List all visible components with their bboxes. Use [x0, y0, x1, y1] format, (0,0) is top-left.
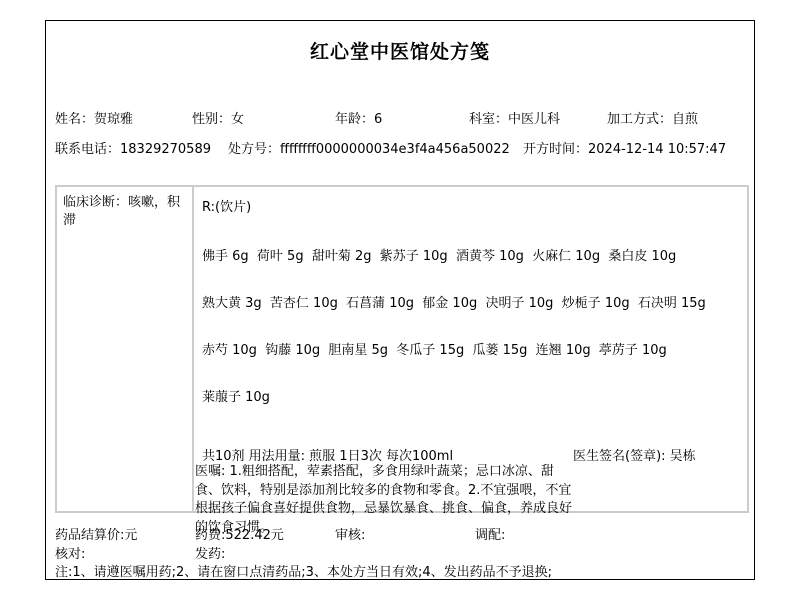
patient-age-value: 6: [374, 112, 382, 127]
fee-field: 药费:522.42元: [195, 524, 284, 543]
review-field: 审核:: [335, 524, 365, 543]
doctor-advice-line: 食、饮料，特别是添加剂比较多的食物和零食。2.不宜强喂，不宜: [195, 482, 675, 501]
page-title: 红心堂中医馆处方笺: [0, 37, 800, 64]
patient-age-field: 年龄：6: [335, 108, 382, 127]
dispense-field: 发药:: [195, 543, 225, 562]
herb-line: 赤芍 10g 钩藤 10g 胆南星 5g 冬瓜子 15g 瓜蒌 15g 连翘 1…: [202, 339, 742, 386]
patient-process-value: 自煎: [672, 112, 698, 127]
check-field: 核对:: [55, 543, 85, 562]
rx-header: R:(饮片): [202, 196, 251, 215]
patient-dept-field: 科室：中医儿科: [469, 108, 560, 127]
doctor-advice-line: 医嘱: 1.粗细搭配，荤素搭配，多食用绿叶蔬菜；忌口冰凉、甜: [195, 463, 675, 482]
patient-phone-label: 联系电话：: [55, 142, 120, 157]
doctor-signature: 医生签名(签章): 吴栋: [573, 445, 696, 464]
patient-name-value: 贺琼雅: [94, 112, 133, 127]
herb-line: 熟大黄 3g 苦杏仁 10g 石菖蒲 10g 郁金 10g 决明子 10g 炒栀…: [202, 292, 742, 339]
rx-time-label: 开方时间：: [523, 142, 588, 157]
patient-gender-value: 女: [231, 112, 244, 127]
footnote: 注:1、请遵医嘱用药;2、请在窗口点清药品;3、本处方当日有效;4、发出药品不予…: [55, 561, 552, 580]
patient-dept-label: 科室：: [469, 112, 508, 127]
herb-line: 佛手 6g 荷叶 5g 甜叶菊 2g 紫苏子 10g 酒黄芩 10g 火麻仁 1…: [202, 245, 742, 292]
rx-number-label: 处方号：: [228, 142, 280, 157]
rx-number-field: 处方号：ffffffff0000000034e3f4a456a50022: [228, 138, 510, 157]
doctor-advice-line: 根据孩子偏食喜好提供食物，忌暴饮暴食、挑食、偏食，养成良好: [195, 500, 675, 519]
patient-phone-field: 联系电话：18329270589: [55, 138, 211, 157]
herb-line: 莱菔子 10g: [202, 386, 742, 433]
rx-number-value: ffffffff0000000034e3f4a456a50022: [280, 142, 510, 157]
patient-process-label: 加工方式：: [607, 112, 672, 127]
herb-list: 佛手 6g 荷叶 5g 甜叶菊 2g 紫苏子 10g 酒黄芩 10g 火麻仁 1…: [202, 245, 742, 433]
patient-name-field: 姓名：贺琼雅: [55, 108, 133, 127]
diagnosis-cell: 临床诊断：咳嗽，积滞: [57, 187, 194, 511]
diagnosis-label: 临床诊断：: [63, 195, 128, 210]
patient-gender-field: 性别：女: [192, 108, 244, 127]
rx-time-field: 开方时间：2024-12-14 10:57:47: [523, 138, 726, 157]
prescription-page: 红心堂中医馆处方笺 姓名：贺琼雅 性别：女 年龄：6 科室：中医儿科 加工方式：…: [0, 0, 800, 600]
patient-dept-value: 中医儿科: [508, 112, 560, 127]
patient-age-label: 年龄：: [335, 112, 374, 127]
dosage-instructions: 共10剂 用法用量: 煎服 1日3次 每次100ml: [202, 445, 453, 464]
rx-time-value: 2024-12-14 10:57:47: [588, 142, 726, 157]
patient-phone-value: 18329270589: [120, 142, 211, 157]
patient-gender-label: 性别：: [192, 112, 231, 127]
prepare-field: 调配:: [475, 524, 505, 543]
settle-price-field: 药品结算价:元: [55, 524, 137, 543]
patient-name-label: 姓名：: [55, 112, 94, 127]
patient-process-field: 加工方式：自煎: [607, 108, 698, 127]
